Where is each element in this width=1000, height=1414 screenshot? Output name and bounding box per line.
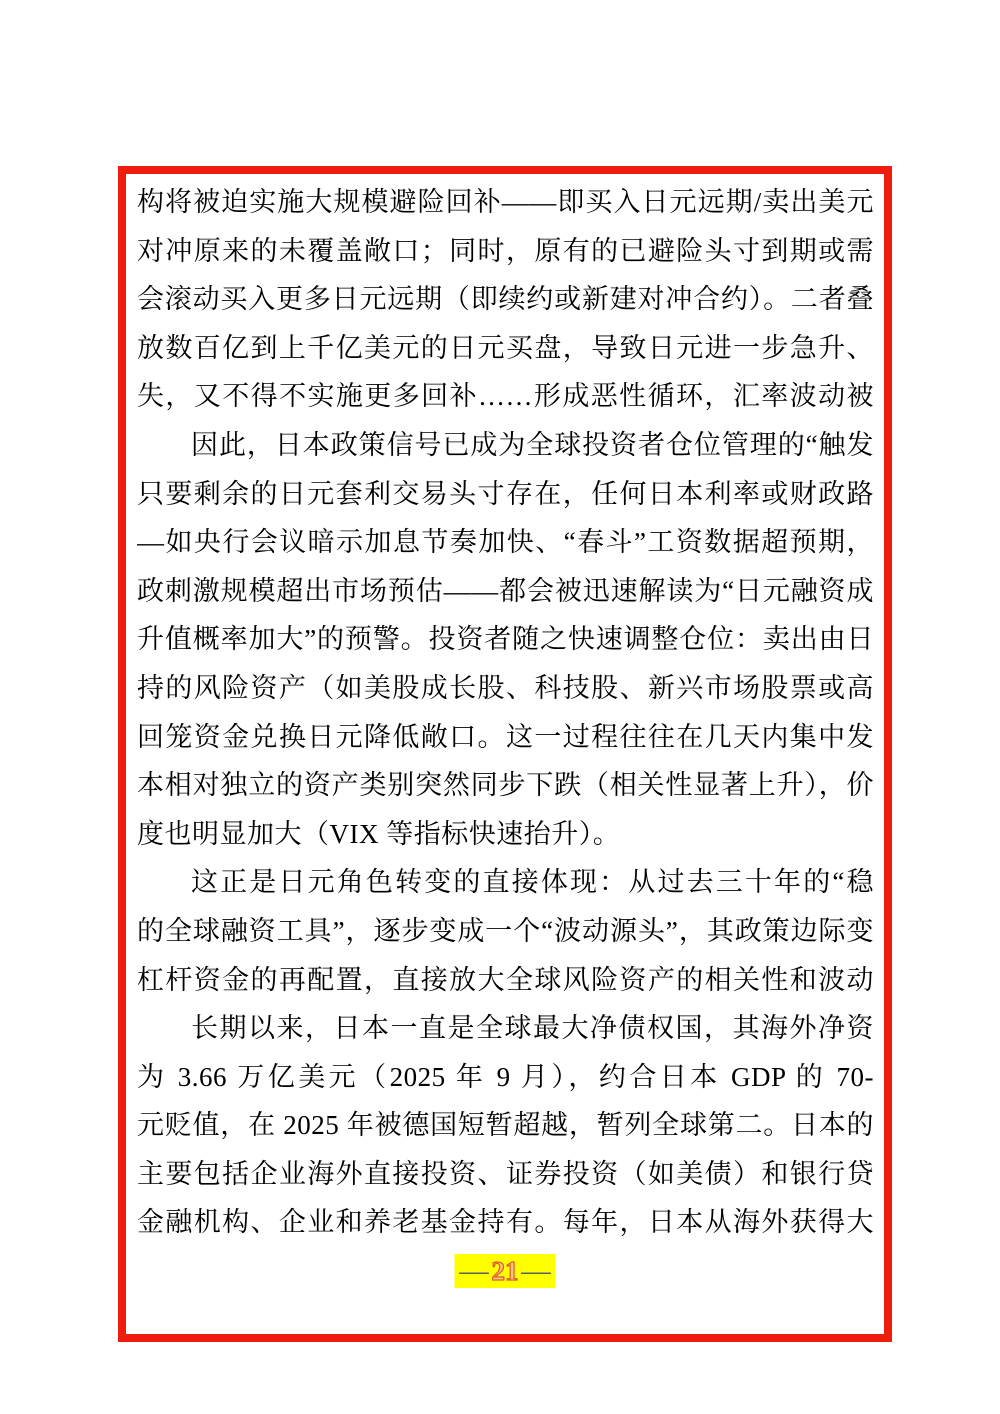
text-line: —如央行会议暗示加息节奏加快、“春斗”工资数据超预期，或高市财 — [137, 518, 874, 567]
text-line: 放数百亿到上千亿美元的日元买盘，导致日元进一步急升、产生更多损 — [137, 324, 874, 373]
text-line: 对冲原来的未覆盖敞口；同时，原有的已避险头寸到期或需展期时，也 — [137, 227, 874, 276]
text-line: 为 3.66 万亿美元（2025 年 9 月），约合日本 GDP 的 70-80… — [137, 1053, 874, 1102]
text-line: 的全球融资工具”，逐步变成一个“波动源头”，其政策边际变化通过 — [137, 907, 874, 956]
page-number-value: 21 — [492, 1258, 519, 1285]
text-line: 持的风险资产（如美股成长股、科技股、新兴市场股票或高收益债券）， — [137, 664, 874, 713]
text-line: 主要包括企业海外直接投资、证券投资（如美债）和银行贷款，由日本 — [137, 1150, 874, 1199]
page-number-right-dash: — — [521, 1261, 550, 1282]
text-line: 政刺激规模超出市场预估——都会被迅速解读为“日元融资成本上升、 — [137, 567, 874, 616]
page-number: — 21 — — [455, 1254, 556, 1288]
text-line: 只要剩余的日元套利交易头寸存在，任何日本利率或财政路径的微调— — [137, 470, 874, 519]
text-line: 因此，日本政策信号已成为全球投资者仓位管理的“触发器”之一。 — [137, 421, 874, 470]
text-line: 长期以来，日本一直是全球最大净债权国，其海外净资产规模在约 — [137, 1004, 874, 1053]
text-line: 本相对独立的资产类别突然同步下跌（相关性显著上升），价格波动幅 — [137, 761, 874, 810]
text-line: 失，又不得不实施更多回补……形成恶性循环，汇率波动被进一步放大。 — [137, 372, 874, 421]
text-line: 回笼资金兑换日元降低敞口。这一过程往往在几天内集中发生，导致原 — [137, 713, 874, 762]
text-line: 度也明显加大（VIX 等指标快速抬升）。 — [137, 810, 874, 859]
text-line: 元贬值，在 2025 年被德国短暂超越，暂列全球第二。日本的海外资产 — [137, 1101, 874, 1150]
text-line: 升值概率加大”的预警。投资者随之快速调整仓位：卖出由日元融资支 — [137, 615, 874, 664]
text-line: 杠杆资金的再配置，直接放大全球风险资产的相关性和波动性。 — [137, 956, 874, 1005]
text-line: 构将被迫实施大规模避险回补——即买入日元远期/卖出美元远期，以 — [137, 178, 874, 227]
text-line: 这正是日元角色转变的直接体现：从过去三十年的“稳定、可预测 — [137, 858, 874, 907]
text-line: 会滚动买入更多日元远期（即续约或新建对冲合约）。二者叠加，会释 — [137, 275, 874, 324]
document-page: 构将被迫实施大规模避险回补——即买入日元远期/卖出美元远期，以 对冲原来的未覆盖… — [0, 0, 1000, 1414]
page-number-left-dash: — — [459, 1261, 488, 1282]
text-line: 金融机构、企业和养老基金持有。每年，日本从海外获得大量投资收益， — [137, 1198, 874, 1247]
page-border-frame: 构将被迫实施大规模避险回补——即买入日元远期/卖出美元远期，以 对冲原来的未覆盖… — [118, 166, 892, 1342]
body-text: 构将被迫实施大规模避险回补——即买入日元远期/卖出美元远期，以 对冲原来的未覆盖… — [137, 178, 874, 1247]
